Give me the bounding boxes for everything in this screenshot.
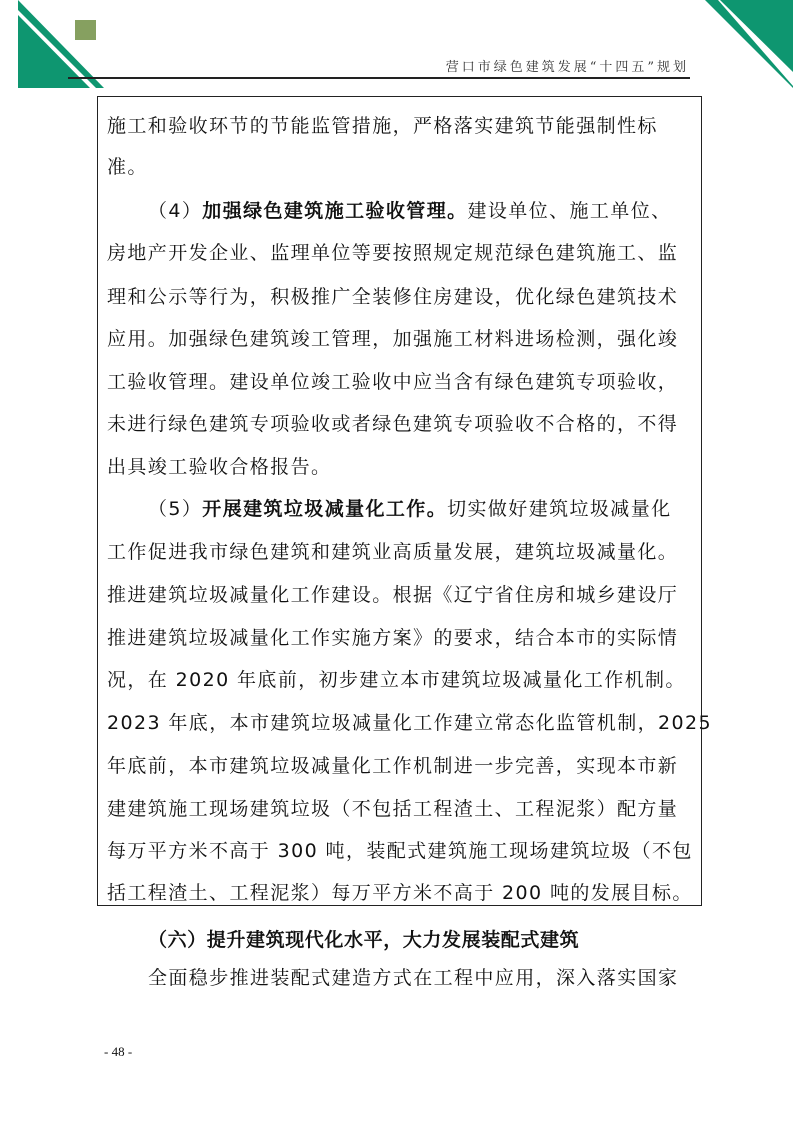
text-line: 推进建筑垃圾减量化工作实施方案》的要求，结合本市的实际情 bbox=[107, 626, 678, 650]
corner-decoration-right bbox=[690, 0, 793, 92]
text-line: 括工程渣土、工程泥浆）每万平方米不高于 200 吨的发展目标。 bbox=[107, 881, 693, 905]
section-heading: （六）提升建筑现代化水平，大力发展装配式建筑 bbox=[148, 925, 579, 952]
text-line: 每万平方米不高于 300 吨，装配式建筑施工现场建筑垃圾（不包 bbox=[107, 839, 693, 863]
green-square-icon bbox=[75, 20, 96, 40]
text-line: 应用。加强绿色建筑竣工管理，加强施工材料进场检测，强化竣 bbox=[107, 327, 678, 351]
subsection-4-line: （4）加强绿色建筑施工验收管理。建设单位、施工单位、 bbox=[148, 199, 672, 223]
text-segment: 建设单位、施工单位、 bbox=[468, 200, 672, 222]
text-line: 况，在 2020 年底前，初步建立本市建筑垃圾减量化工作机制。 bbox=[107, 668, 686, 692]
text-segment: 切实做好建筑垃圾减量化 bbox=[447, 498, 671, 520]
header-divider bbox=[68, 77, 690, 79]
text-line: 未进行绿色建筑专项验收或者绿色建筑专项验收不合格的，不得 bbox=[107, 412, 678, 436]
subsection-title: 加强绿色建筑施工验收管理。 bbox=[202, 200, 467, 222]
text-line: 推进建筑垃圾减量化工作建设。根据《辽宁省住房和城乡建设厅 bbox=[107, 583, 678, 607]
subsection-title: 开展建筑垃圾减量化工作。 bbox=[202, 498, 447, 520]
section-paragraph: 全面稳步推进装配式建造方式在工程中应用，深入落实国家 bbox=[148, 966, 678, 990]
subsection-number: （4） bbox=[148, 200, 202, 222]
text-line: 准。 bbox=[107, 155, 148, 179]
text-line: 施工和验收环节的节能监管措施，严格落实建筑节能强制性标 bbox=[107, 114, 658, 138]
document-header-title: 营口市绿色建筑发展“十四五”规划 bbox=[446, 56, 689, 75]
subsection-5-line: （5）开展建筑垃圾减量化工作。切实做好建筑垃圾减量化 bbox=[148, 497, 672, 521]
subsection-number: （5） bbox=[148, 498, 202, 520]
text-line: 出具竣工验收合格报告。 bbox=[107, 455, 331, 479]
text-line: 房地产开发企业、监理单位等要按照规定规范绿色建筑施工、监 bbox=[107, 241, 678, 265]
text-line: 年底前，本市建筑垃圾减量化工作机制进一步完善，实现本市新 bbox=[107, 754, 678, 778]
text-line: 建建筑施工现场建筑垃圾（不包括工程渣土、工程泥浆）配方量 bbox=[107, 797, 678, 821]
text-line: 理和公示等行为，积极推广全装修住房建设，优化绿色建筑技术 bbox=[107, 285, 678, 309]
page-number: - 48 - bbox=[104, 1044, 132, 1060]
text-line: 工验收管理。建设单位竣工验收中应当含有绿色建筑专项验收， bbox=[107, 370, 678, 394]
text-line: 2023 年底，本市建筑垃圾减量化工作建立常态化监管机制，2025 bbox=[107, 711, 712, 735]
text-line: 工作促进我市绿色建筑和建筑业高质量发展，建筑垃圾减量化。 bbox=[107, 540, 678, 564]
